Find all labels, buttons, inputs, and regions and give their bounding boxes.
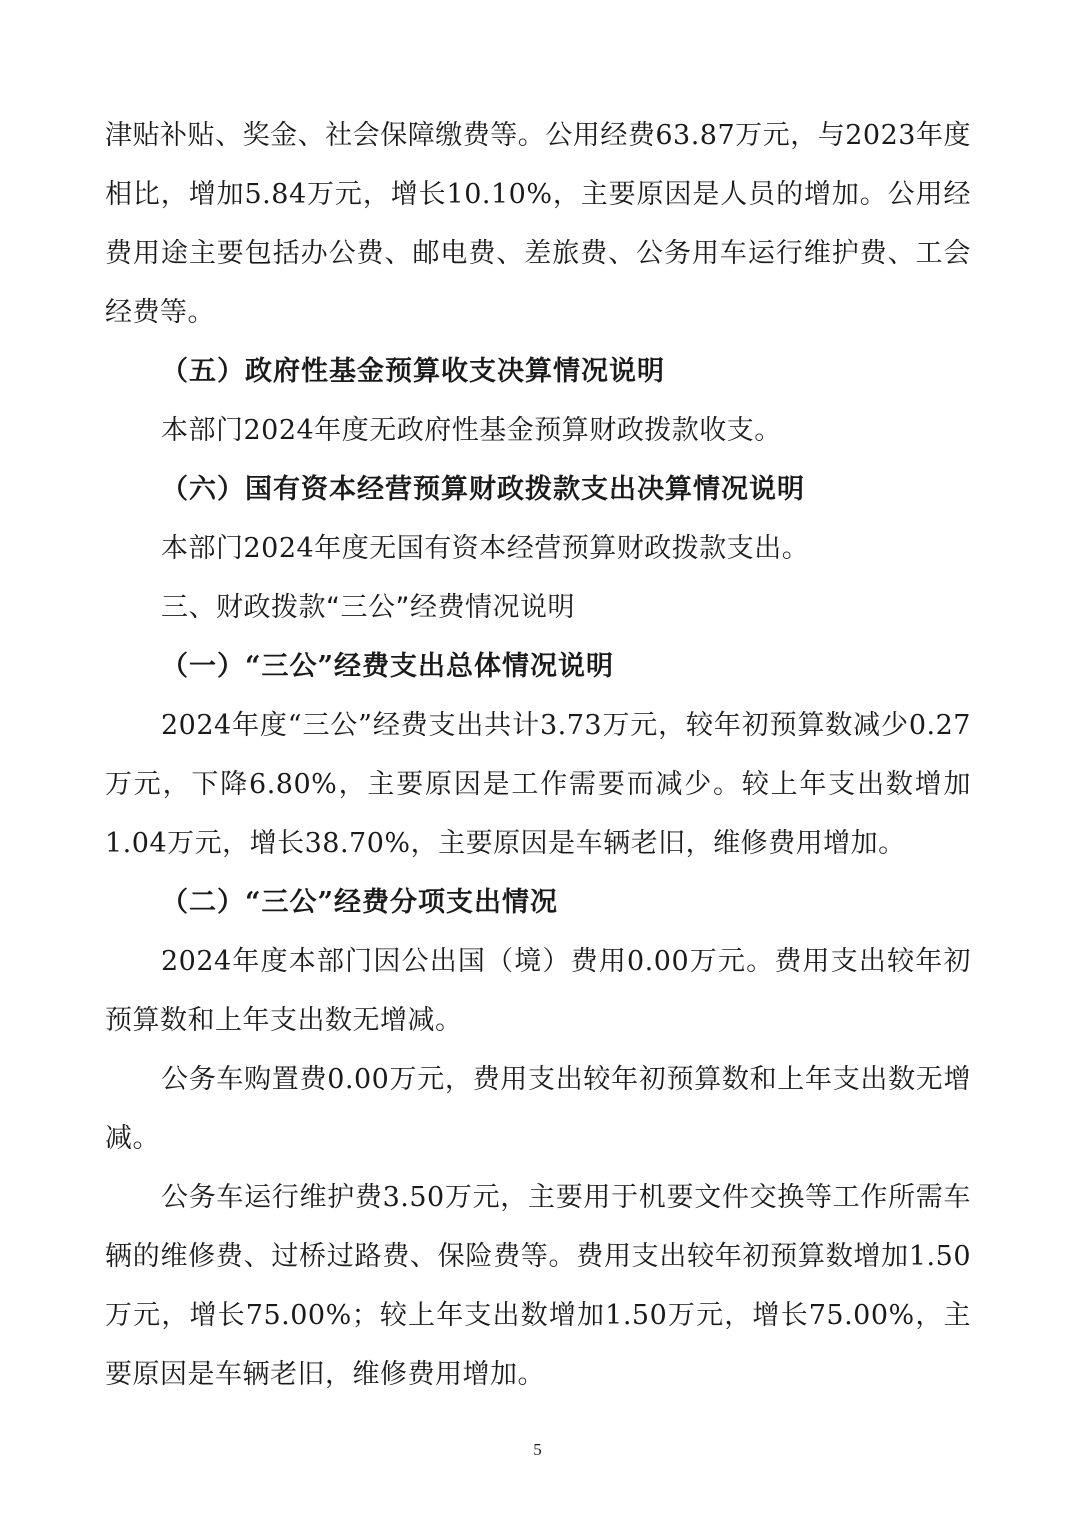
paragraph-state-capital-none: 本部门2024年度无国有资本经营预算财政拨款支出。	[105, 519, 971, 578]
subheading-state-capital-budget: （六）国有资本经营预算财政拨款支出决算情况说明	[105, 460, 971, 519]
page-number: 5	[0, 1440, 1075, 1460]
paragraph-vehicle-purchase: 公务车购置费0.00万元，费用支出较年初预算数和上年支出数无增减。	[105, 1050, 971, 1168]
document-page: 津贴补贴、奖金、社会保障缴费等。公用经费63.87万元，与2023年度相比，增加…	[105, 106, 971, 1404]
subheading-government-fund-budget: （五）政府性基金预算收支决算情况说明	[105, 342, 971, 401]
paragraph-overall-expenses: 2024年度“三公”经费支出共计3.73万元，较年初预算数减少0.27万元，下降…	[105, 696, 971, 873]
paragraph-vehicle-maintenance: 公务车运行维护费3.50万元，主要用于机要文件交换等工作所需车辆的维修费、过桥过…	[105, 1168, 971, 1404]
subheading-overall-expenses: （一）“三公”经费支出总体情况说明	[105, 637, 971, 696]
paragraph-public-expenses-continuation: 津贴补贴、奖金、社会保障缴费等。公用经费63.87万元，与2023年度相比，增加…	[105, 106, 971, 342]
paragraph-overseas-travel: 2024年度本部门因公出国（境）费用0.00万元。费用支出较年初预算数和上年支出…	[105, 932, 971, 1050]
paragraph-government-fund-none: 本部门2024年度无政府性基金预算财政拨款收支。	[105, 401, 971, 460]
subheading-itemized-expenses: （二）“三公”经费分项支出情况	[105, 873, 971, 932]
heading-three-public-expenses: 三、财政拨款“三公”经费情况说明	[105, 578, 971, 637]
